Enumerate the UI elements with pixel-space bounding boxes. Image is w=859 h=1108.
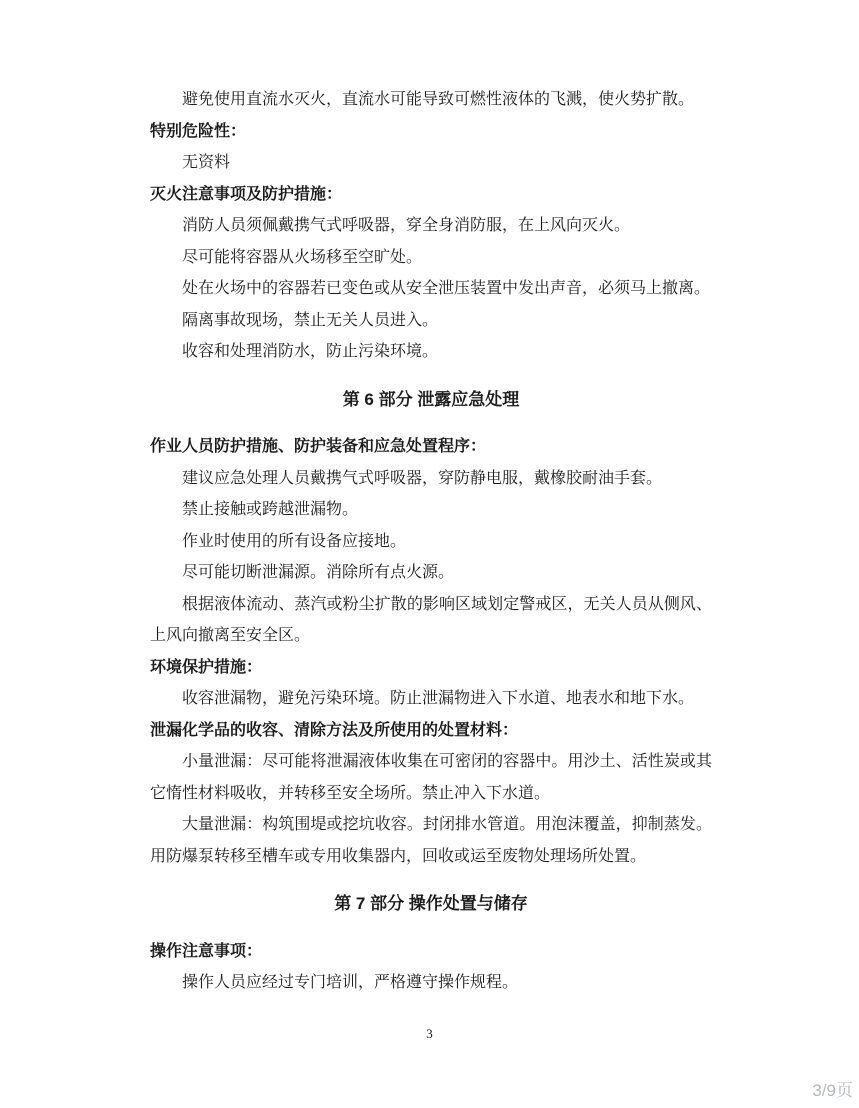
page-number: 3 [0, 1026, 859, 1042]
paragraph: 收容和处理消防水，防止污染环境。 [150, 336, 712, 368]
paragraph: 操作人员应经过专门培训，严格遵守操作规程。 [150, 967, 712, 999]
paragraph: 避免使用直流水灭火，直流水可能导致可燃性液体的飞溅，使火势扩散。 [150, 84, 712, 116]
viewer-page-indicator: 3/9页 [812, 1076, 853, 1101]
heading: 作业人员防护措施、防护装备和应急处置程序： [150, 431, 712, 463]
heading: 特别危险性： [150, 116, 712, 148]
heading: 泄漏化学品的收容、清除方法及所使用的处置材料： [150, 715, 712, 747]
paragraph: 处在火场中的容器若已变色或从安全泄压装置中发出声音，必须马上撤离。 [150, 273, 712, 305]
paragraph: 建议应急处理人员戴携气式呼吸器，穿防静电服，戴橡胶耐油手套。 [150, 463, 712, 495]
paragraph: 作业时使用的所有设备应接地。 [150, 526, 712, 558]
paragraph: 收容泄漏物，避免污染环境。防止泄漏物进入下水道、地表水和地下水。 [150, 683, 712, 715]
section-title: 第 7 部分 操作处置与储存 [150, 888, 712, 920]
paragraph: 尽可能将容器从火场移至空旷处。 [150, 242, 712, 274]
document-content: 避免使用直流水灭火，直流水可能导致可燃性液体的飞溅，使火势扩散。 特别危险性： … [150, 84, 712, 999]
heading: 灭火注意事项及防护措施： [150, 179, 712, 211]
paragraph: 隔离事故现场，禁止无关人员进入。 [150, 305, 712, 337]
heading: 操作注意事项： [150, 936, 712, 968]
document-page: 避免使用直流水灭火，直流水可能导致可燃性液体的飞溅，使火势扩散。 特别危险性： … [0, 0, 859, 1108]
paragraph: 消防人员须佩戴携气式呼吸器，穿全身消防服，在上风向灭火。 [150, 210, 712, 242]
paragraph: 禁止接触或跨越泄漏物。 [150, 494, 712, 526]
paragraph: 小量泄漏：尽可能将泄漏液体收集在可密闭的容器中。用沙土、活性炭或其它惰性材料吸收… [150, 746, 712, 809]
heading: 环境保护措施： [150, 652, 712, 684]
paragraph: 无资料 [150, 147, 712, 179]
paragraph: 大量泄漏：构筑围堤或挖坑收容。封闭排水管道。用泡沫覆盖，抑制蒸发。用防爆泵转移至… [150, 809, 712, 872]
section-title: 第 6 部分 泄露应急处理 [150, 384, 712, 416]
paragraph: 尽可能切断泄漏源。消除所有点火源。 [150, 557, 712, 589]
paragraph: 根据液体流动、蒸汽或粉尘扩散的影响区域划定警戒区，无关人员从侧风、上风向撤离至安… [150, 589, 712, 652]
